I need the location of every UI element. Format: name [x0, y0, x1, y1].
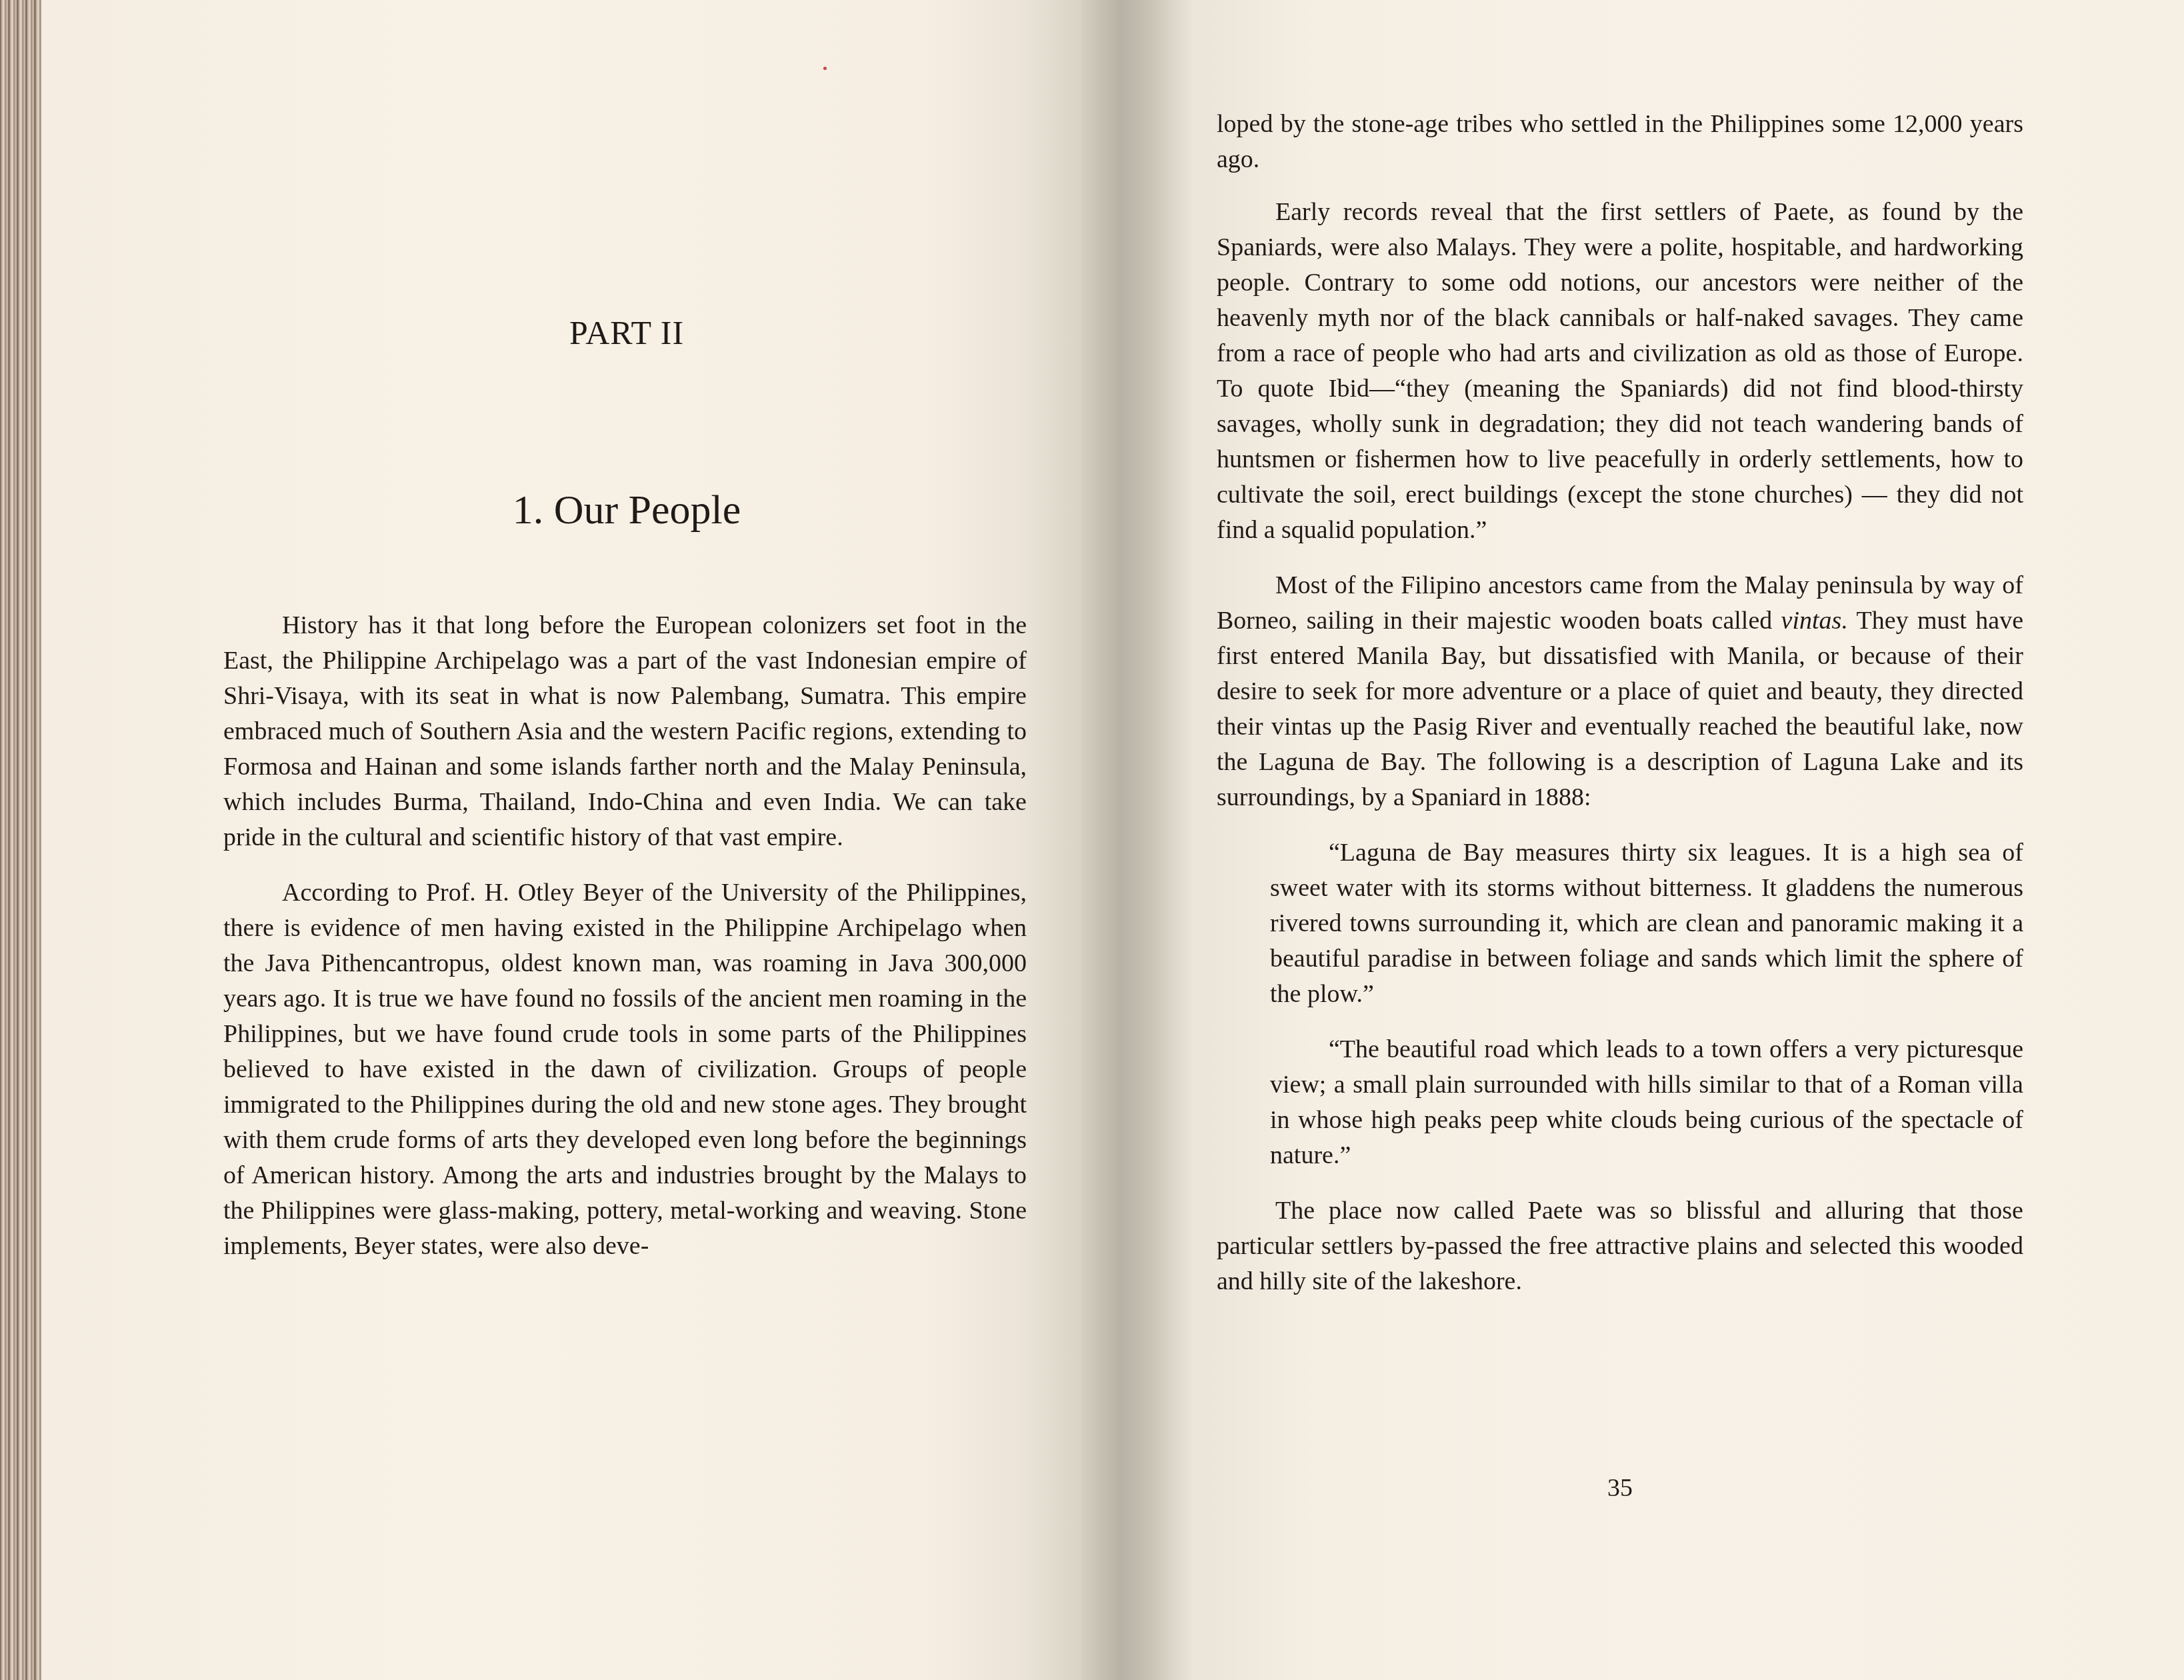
italic-term: vintas. — [1781, 607, 1848, 635]
book-spread: PART II 1. Our People History has it tha… — [0, 0, 2184, 1680]
chapter-title: 1. Our People — [220, 487, 1033, 534]
paragraph-vintas: Most of the Filipino ancestors came from… — [1217, 568, 2023, 815]
block-quote: “The beautiful road which leads to a tow… — [1270, 1032, 2023, 1173]
paragraph: The place now called Paete was so blissf… — [1217, 1193, 2023, 1299]
paragraph: According to Prof. H. Otley Beyer of the… — [223, 875, 1027, 1264]
left-page-body: History has it that long before the Euro… — [223, 608, 1027, 1284]
continued-paragraph: loped by the stone-age tribes who settle… — [1217, 107, 2023, 177]
paragraph: History has it that long before the Euro… — [223, 608, 1027, 855]
block-quote: “Laguna de Bay measures thirty six leagu… — [1270, 835, 2023, 1012]
paragraph: Early records reveal that the first sett… — [1217, 195, 2023, 548]
ink-speck — [823, 67, 827, 70]
right-page-body: loped by the stone-age tribes who settle… — [1217, 107, 2023, 1319]
part-title: PART II — [220, 313, 1033, 352]
page-number: 35 — [1553, 1473, 1687, 1503]
page-edges — [0, 0, 41, 1680]
text: They must have first entered Manila Bay,… — [1217, 607, 2023, 811]
book-gutter — [1081, 0, 1195, 1680]
